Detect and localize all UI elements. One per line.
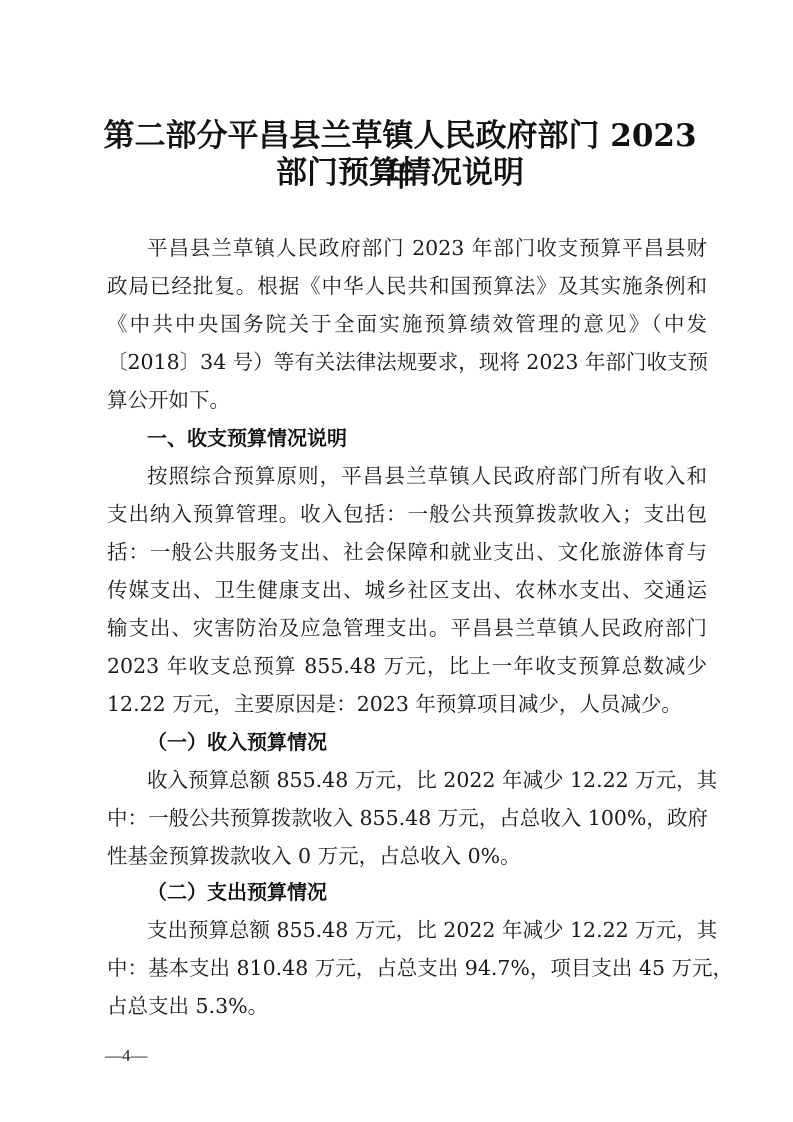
income-line: 性基金预算拨款收入 0 万元，占总收入 0%。 (107, 841, 707, 871)
intro-line: 政局已经批复。根据《中华人民共和国预算法》及其实施条例和 (107, 271, 707, 301)
expenditure-line: 占总支出 5.3%。 (107, 991, 707, 1021)
page-number: —4— (105, 1044, 148, 1068)
section1-line: 12.22 万元，主要原因是：2023 年预算项目减少，人员减少。 (107, 689, 707, 719)
subsection-heading-expenditure: （二）支出预算情况 (147, 877, 327, 907)
section-heading: 一、收支预算情况说明 (147, 423, 347, 453)
document-page: 第二部分平昌县兰草镇人民政府部门 2023 年 部门预算情况说明 平昌县兰草镇人… (0, 0, 793, 1122)
intro-line: 《中共中央国务院关于全面实施预算绩效管理的意见》（中发 (107, 309, 707, 339)
section1-line: 2023 年收支总预算 855.48 万元，比上一年收支预算总数减少 (107, 651, 707, 681)
section1-line: 按照综合预算原则，平昌县兰草镇人民政府部门所有收入和 (147, 461, 707, 491)
section1-line: 输支出、灾害防治及应急管理支出。平昌县兰草镇人民政府部门 (107, 613, 707, 643)
section1-line: 传媒支出、卫生健康支出、城乡社区支出、农林水支出、交通运 (107, 575, 707, 605)
section1-line: 支出纳入预算管理。收入包括：一般公共预算拨款收入；支出包 (107, 499, 707, 529)
intro-line: 平昌县兰草镇人民政府部门 2023 年部门收支预算平昌县财 (147, 233, 707, 263)
expenditure-line: 支出预算总额 855.48 万元，比 2022 年减少 12.22 万元，其 (147, 915, 707, 945)
intro-line: 〔2018〕34 号）等有关法律法规要求，现将 2023 年部门收支预 (107, 347, 707, 377)
intro-line: 算公开如下。 (107, 385, 707, 415)
expenditure-line: 中：基本支出 810.48 万元，占总支出 94.7%，项目支出 45 万元， (107, 953, 707, 983)
section1-line: 括：一般公共服务支出、社会保障和就业支出、文化旅游体育与 (107, 537, 707, 567)
income-line: 收入预算总额 855.48 万元，比 2022 年减少 12.22 万元，其 (147, 765, 707, 795)
subsection-heading-income: （一）收入预算情况 (147, 727, 327, 757)
document-title-line-2: 部门预算情况说明 (100, 153, 700, 193)
income-line: 中：一般公共预算拨款收入 855.48 万元，占总收入 100%，政府 (107, 803, 707, 833)
